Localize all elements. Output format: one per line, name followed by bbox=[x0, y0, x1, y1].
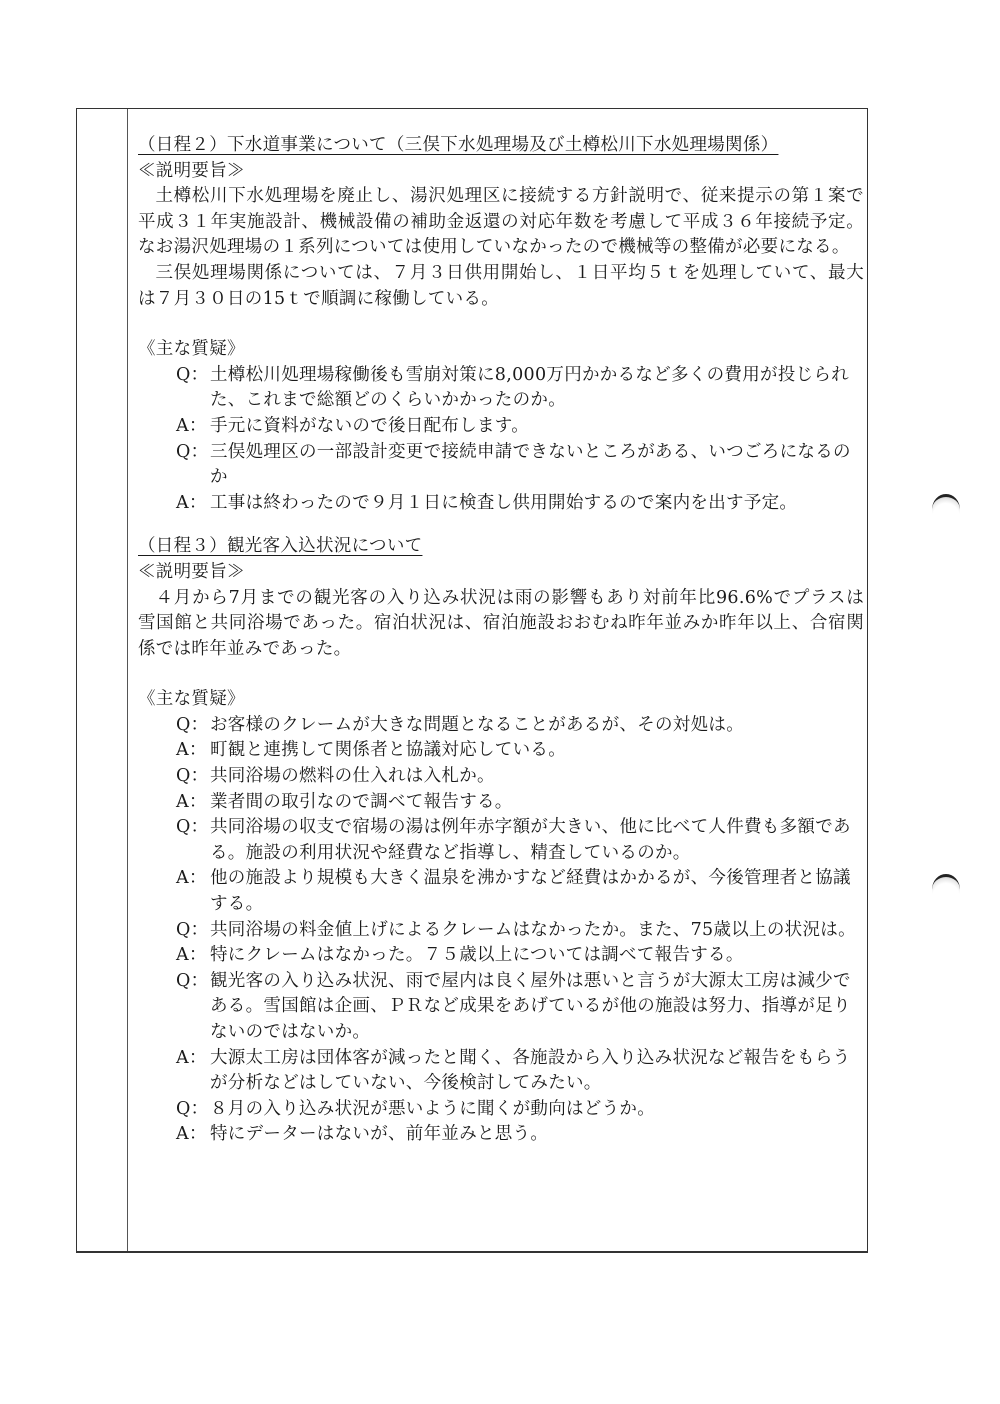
qa-label: A： bbox=[176, 738, 210, 764]
qa-label: A： bbox=[176, 1122, 210, 1148]
qa-text: 他の施設より規模も大きく温泉を沸かすなど経費はかかるが、今後管理者と協議する。 bbox=[210, 866, 864, 917]
qa-text: 共同浴場の燃料の仕入れは入札か。 bbox=[210, 764, 864, 790]
qa-label: Q： bbox=[176, 440, 210, 491]
qa-item: Q：お客様のクレームが大きな問題となることがあるが、その対処は。 bbox=[138, 713, 864, 739]
qa-label: Q： bbox=[176, 764, 210, 790]
section3-summary-heading: ≪説明要旨≫ bbox=[138, 560, 864, 586]
qa-text: 共同浴場の収支で宿場の湯は例年赤字額が大きい、他に比べて人件費も多額である。施設… bbox=[210, 815, 864, 866]
qa-item: A：他の施設より規模も大きく温泉を沸かすなど経費はかかるが、今後管理者と協議する… bbox=[138, 866, 864, 917]
section2-qa-heading: 《主な質疑》 bbox=[138, 337, 864, 363]
qa-text: 三俣処理区の一部設計変更で接続申請できないところがある、いつごろになるのか bbox=[210, 440, 864, 491]
qa-label: A： bbox=[176, 491, 210, 517]
qa-text: 大源太工房は団体客が減ったと聞く、各施設から入り込み状況など報告をもらうが分析な… bbox=[210, 1046, 864, 1097]
qa-label: Q： bbox=[176, 713, 210, 739]
section2-paragraph-1: 土樽松川下水処理場を廃止し、湯沢処理区に接続する方針説明で、従来提示の第１案で平… bbox=[138, 184, 864, 261]
qa-item: Q：８月の入り込み状況が悪いように聞くが動向はどうか。 bbox=[138, 1097, 864, 1123]
qa-item: A：特にクレームはなかった。７５歳以上については調べて報告する。 bbox=[138, 943, 864, 969]
qa-item: A：特にデーターはないが、前年並みと思う。 bbox=[138, 1122, 864, 1148]
section2-paragraph-2: 三俣処理場関係については、７月３日供用開始し、１日平均５ｔを処理していて、最大は… bbox=[138, 261, 864, 312]
section3-qa-heading: 《主な質疑》 bbox=[138, 687, 864, 713]
qa-item: A：手元に資料がないので後日配布します。 bbox=[138, 414, 864, 440]
qa-label: Q： bbox=[176, 918, 210, 944]
qa-item: Q：共同浴場の燃料の仕入れは入札か。 bbox=[138, 764, 864, 790]
qa-text: 観光客の入り込み状況、雨で屋内は良く屋外は悪いと言うが大源太工房は減少である。雪… bbox=[210, 969, 864, 1046]
margin-divider bbox=[127, 109, 128, 1251]
qa-text: ８月の入り込み状況が悪いように聞くが動向はどうか。 bbox=[210, 1097, 864, 1123]
qa-item: Q：土樽松川処理場稼働後も雪崩対策に8,000万円かかるなど多くの費用が投じられ… bbox=[138, 363, 864, 414]
qa-label: Q： bbox=[176, 363, 210, 414]
qa-label: Q： bbox=[176, 815, 210, 866]
qa-label: A： bbox=[176, 1046, 210, 1097]
qa-item: Q：三俣処理区の一部設計変更で接続申請できないところがある、いつごろになるのか bbox=[138, 440, 864, 491]
qa-label: Q： bbox=[176, 1097, 210, 1123]
qa-text: 手元に資料がないので後日配布します。 bbox=[210, 414, 864, 440]
document-content: （日程２）下水道事業について（三俣下水処理場及び土樽松川下水処理場関係） ≪説明… bbox=[138, 133, 864, 1148]
section3-paragraph-1: ４月から7月までの観光客の入り込み状況は雨の影響もあり対前年比96.6%でプラス… bbox=[138, 586, 864, 663]
qa-label: A： bbox=[176, 943, 210, 969]
section3-title: （日程３）観光客入込状況について bbox=[138, 534, 864, 560]
document-frame: （日程２）下水道事業について（三俣下水処理場及び土樽松川下水処理場関係） ≪説明… bbox=[76, 108, 868, 1253]
qa-label: A： bbox=[176, 414, 210, 440]
punch-hole-icon bbox=[932, 874, 960, 905]
qa-label: Q： bbox=[176, 969, 210, 1046]
punch-hole-icon bbox=[932, 494, 960, 525]
qa-item: A：大源太工房は団体客が減ったと聞く、各施設から入り込み状況など報告をもらうが分… bbox=[138, 1046, 864, 1097]
qa-label: A： bbox=[176, 790, 210, 816]
qa-label: A： bbox=[176, 866, 210, 917]
qa-text: 工事は終わったので９月１日に検査し供用開始するので案内を出す予定。 bbox=[210, 491, 864, 517]
qa-item: Q：共同浴場の料金値上げによるクレームはなかったか。また、75歳以上の状況は。 bbox=[138, 918, 864, 944]
qa-item: A：町観と連携して関係者と協議対応している。 bbox=[138, 738, 864, 764]
qa-text: お客様のクレームが大きな問題となることがあるが、その対処は。 bbox=[210, 713, 864, 739]
qa-text: 土樽松川処理場稼働後も雪崩対策に8,000万円かかるなど多くの費用が投じられた、… bbox=[210, 363, 864, 414]
qa-text: 特にデーターはないが、前年並みと思う。 bbox=[210, 1122, 864, 1148]
section2-summary-heading: ≪説明要旨≫ bbox=[138, 159, 864, 185]
qa-text: 業者間の取引なので調べて報告する。 bbox=[210, 790, 864, 816]
qa-item: A：業者間の取引なので調べて報告する。 bbox=[138, 790, 864, 816]
qa-text: 特にクレームはなかった。７５歳以上については調べて報告する。 bbox=[210, 943, 864, 969]
qa-item: A：工事は終わったので９月１日に検査し供用開始するので案内を出す予定。 bbox=[138, 491, 864, 517]
qa-text: 町観と連携して関係者と協議対応している。 bbox=[210, 738, 864, 764]
qa-item: Q：観光客の入り込み状況、雨で屋内は良く屋外は悪いと言うが大源太工房は減少である… bbox=[138, 969, 864, 1046]
qa-item: Q：共同浴場の収支で宿場の湯は例年赤字額が大きい、他に比べて人件費も多額である。… bbox=[138, 815, 864, 866]
qa-text: 共同浴場の料金値上げによるクレームはなかったか。また、75歳以上の状況は。 bbox=[210, 918, 864, 944]
section2-title: （日程２）下水道事業について（三俣下水処理場及び土樽松川下水処理場関係） bbox=[138, 133, 864, 159]
